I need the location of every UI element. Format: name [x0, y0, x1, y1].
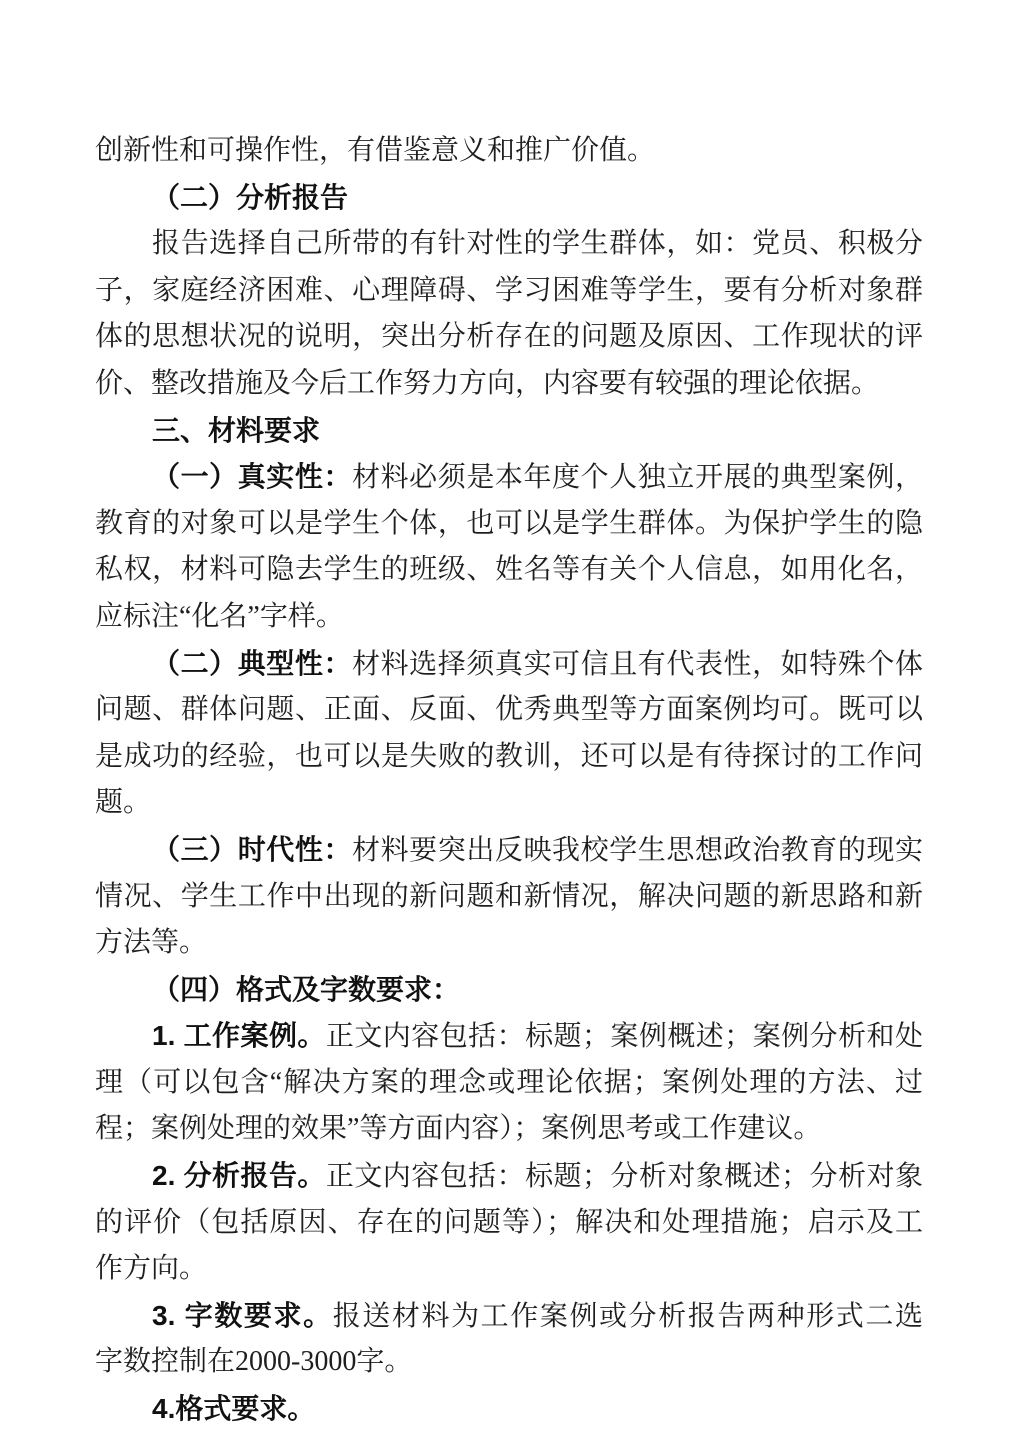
document-page: 创新性和可操作性，有借鉴意义和推广价值。（二）分析报告报告选择自己所带的有针对性…: [0, 0, 1024, 1448]
emphasis-text: 三、材料要求: [152, 415, 320, 446]
emphasis-text: （二）分析报告: [152, 182, 348, 213]
body-text: 私权，材料可隐去学生的班级、姓名等有关个人信息，如用化名，: [95, 554, 923, 585]
emphasis-text: （一）真实性：: [152, 461, 352, 492]
text-line: 问题、群体问题、正面、反面、优秀典型等方面案例均可。既可以: [95, 687, 923, 734]
text-line: （二）分析报告: [95, 175, 923, 222]
text-line: （四）格式及字数要求：: [95, 967, 923, 1014]
text-line: 字数控制在2000-3000字。: [95, 1339, 923, 1386]
text-line: 私权，材料可隐去学生的班级、姓名等有关个人信息，如用化名，: [95, 547, 923, 594]
body-text: 正文内容包括：标题；分析对象概述；分析对象: [326, 1161, 923, 1192]
text-line: 子，家庭经济困难、心理障碍、学习困难等学生，要有分析对象群: [95, 268, 923, 315]
body-text: 是成功的经验，也可以是失败的教训，还可以是有待探讨的工作问: [95, 741, 923, 772]
emphasis-text: 3. 字数要求。: [152, 1300, 333, 1331]
body-text: 材料要突出反映我校学生思想政治教育的现实: [352, 835, 923, 866]
emphasis-text: 2. 分析报告。: [152, 1160, 326, 1191]
text-line: 1. 工作案例。正文内容包括：标题；案例概述；案例分析和处: [95, 1013, 923, 1060]
body-text: 体的思想状况的说明，突出分析存在的问题及原因、工作现状的评: [95, 321, 923, 352]
text-line: 4.格式要求。: [95, 1386, 923, 1433]
text-line: 价、整改措施及今后工作努力方向，内容要有较强的理论依据。: [95, 361, 923, 408]
body-text: 题。: [95, 787, 151, 818]
body-text: 材料必须是本年度个人独立开展的典型案例，: [352, 462, 923, 493]
emphasis-text: 1. 工作案例。: [152, 1020, 326, 1051]
text-line: 报告选择自己所带的有针对性的学生群体，如：党员、积极分: [95, 221, 923, 268]
body-text: 的评价（包括原因、存在的问题等）；解决和处理措施；启示及工: [95, 1207, 923, 1238]
text-line: 体的思想状况的说明，突出分析存在的问题及原因、工作现状的评: [95, 314, 923, 361]
text-line: 理（可以包含“解决方案的理念或理论依据；案例处理的方法、过: [95, 1060, 923, 1107]
text-line: 教育的对象可以是学生个体，也可以是学生群体。为保护学生的隐: [95, 501, 923, 548]
body-text: 情况、学生工作中出现的新问题和新情况，解决问题的新思路和新: [95, 881, 923, 912]
text-line: 创新性和可操作性，有借鉴意义和推广价值。: [95, 128, 923, 175]
text-line: 方法等。: [95, 920, 923, 967]
body-text: 应标注“化名”字样。: [95, 601, 344, 632]
text-line: 情况、学生工作中出现的新问题和新情况，解决问题的新思路和新: [95, 874, 923, 921]
emphasis-text: （四）格式及字数要求：: [152, 974, 460, 1005]
body-text: 方法等。: [95, 927, 207, 958]
emphasis-text: 4.格式要求。: [152, 1393, 315, 1424]
body-text: 字数控制在2000-3000字。: [95, 1346, 412, 1377]
text-line: （一）真实性：材料必须是本年度个人独立开展的典型案例，: [95, 454, 923, 501]
emphasis-text: （二）典型性：: [152, 648, 352, 679]
body-text: 教育的对象可以是学生个体，也可以是学生群体。为保护学生的隐: [95, 508, 923, 539]
text-line: 程；案例处理的效果”等方面内容）；案例思考或工作建议。: [95, 1106, 923, 1153]
text-line: 应标注“化名”字样。: [95, 594, 923, 641]
text-line: （三）时代性：材料要突出反映我校学生思想政治教育的现实: [95, 827, 923, 874]
body-text: 作方向。: [95, 1253, 207, 1284]
text-line: 三、材料要求: [95, 408, 923, 455]
body-text: 材料选择须真实可信且有代表性，如特殊个体: [352, 649, 923, 680]
text-line: 作方向。: [95, 1246, 923, 1293]
body-text: 报告选择自己所带的有针对性的学生群体，如：党员、积极分: [152, 228, 923, 259]
text-line: 题。: [95, 780, 923, 827]
body-text: 程；案例处理的效果”等方面内容）；案例思考或工作建议。: [95, 1113, 821, 1144]
body-text: 理（可以包含“解决方案的理念或理论依据；案例处理的方法、过: [95, 1067, 923, 1098]
body-text: 子，家庭经济困难、心理障碍、学习困难等学生，要有分析对象群: [95, 275, 923, 306]
text-line: 2. 分析报告。正文内容包括：标题；分析对象概述；分析对象: [95, 1153, 923, 1200]
text-line: 3. 字数要求。报送材料为工作案例或分析报告两种形式二选一，: [95, 1293, 923, 1340]
body-text: 价、整改措施及今后工作努力方向，内容要有较强的理论依据。: [95, 368, 879, 399]
document-text-block: 创新性和可操作性，有借鉴意义和推广价值。（二）分析报告报告选择自己所带的有针对性…: [95, 128, 923, 1433]
emphasis-text: （三）时代性：: [152, 834, 352, 865]
text-line: 的评价（包括原因、存在的问题等）；解决和处理措施；启示及工: [95, 1200, 923, 1247]
text-line: （二）典型性：材料选择须真实可信且有代表性，如特殊个体: [95, 641, 923, 688]
body-text: 问题、群体问题、正面、反面、优秀典型等方面案例均可。既可以: [95, 694, 923, 725]
body-text: 创新性和可操作性，有借鉴意义和推广价值。: [95, 135, 655, 166]
text-line: 是成功的经验，也可以是失败的教训，还可以是有待探讨的工作问: [95, 734, 923, 781]
body-text: 正文内容包括：标题；案例概述；案例分析和处: [326, 1021, 923, 1052]
